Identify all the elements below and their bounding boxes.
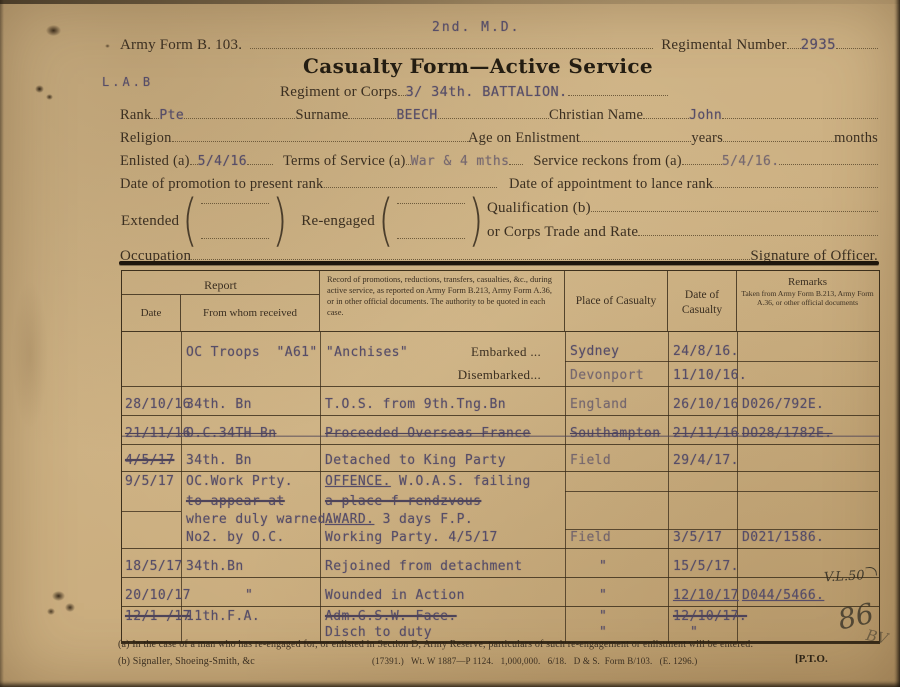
stain — [65, 603, 75, 612]
from-value: to appear at — [186, 494, 285, 509]
smudge — [12, 280, 48, 430]
table-row-offence-3: where duly warned. AWARD. 3 days F.P. — [122, 510, 879, 528]
table-row-offence-2: to appear at a place f rendzvous — [122, 492, 879, 510]
cell-casualty-date: 21/11/16 — [668, 424, 737, 444]
cell-from: O.C.34TH Bn — [181, 424, 320, 444]
age-label: Age on Enlistment — [468, 130, 580, 147]
form-title: Casualty Form—Active Service — [303, 54, 653, 78]
place-value: Field — [570, 530, 611, 545]
cell-record: Proceeded Overseas France — [320, 424, 565, 444]
record-value: Disch to duty — [325, 625, 432, 640]
table-row: 4/5/17 34th. Bn Detached to King Party F… — [122, 445, 879, 472]
dotted-leader — [190, 152, 198, 165]
dotted-leader — [201, 238, 269, 239]
cell-casualty-date: 29/4/17. — [668, 451, 737, 471]
cell-record: Wounded in Action — [320, 586, 565, 606]
scan-edge-bottom — [0, 680, 900, 687]
dotted-leader — [438, 106, 549, 119]
stain — [46, 25, 61, 36]
cell-record: Detached to King Party — [320, 451, 565, 471]
cell-date: 4/5/17 — [122, 451, 181, 471]
cell-from: " — [181, 586, 320, 606]
cell-remarks: D044/5466. — [737, 586, 878, 606]
dotted-leader — [348, 106, 396, 119]
cell-place: " — [565, 557, 668, 577]
header-from-whom: From whom received — [181, 295, 320, 331]
corps-trade-label: or Corps Trade and Rate — [487, 224, 638, 241]
place-value: Devonport — [570, 368, 644, 383]
table-row: 20/10/17 " Wounded in Action " 12/10/17 … — [122, 578, 879, 607]
dotted-leader — [722, 106, 878, 119]
record-value: Detached to King Party — [325, 453, 506, 468]
dotted-leader — [568, 83, 668, 96]
ditto-mark: " — [599, 588, 607, 603]
cell-casualty-date: 24/8/16. — [668, 342, 737, 362]
casualty-form-document: 2nd. M.D. Army Form B. 103. Regimental N… — [0, 0, 900, 687]
extended-block: Extended ( ) Re-engaged ( ) — [121, 194, 487, 248]
dotted-leader — [247, 152, 273, 165]
surname-value: BEECH — [396, 108, 437, 123]
table-row: Disch to duty " " — [122, 623, 879, 643]
religion-label: Religion — [120, 130, 172, 147]
cell-remarks: D026/792E. — [737, 395, 878, 415]
record-value: T.O.S. from 9th.Tng.Bn — [325, 397, 506, 412]
cell-remarks: D021/1586. — [737, 528, 878, 548]
ship-entry: OC Troops "A61" "Anchises" — [186, 345, 408, 360]
close-brace: ) — [468, 199, 483, 244]
reengaged-label: Re-engaged — [301, 213, 375, 230]
cell-from — [181, 641, 320, 643]
cell-date: 21/11/16 — [122, 424, 181, 444]
enlisted-value: 5/4/16 — [198, 154, 247, 169]
open-brace: ( — [378, 199, 393, 244]
promotion-label: Date of promotion to present rank — [120, 176, 324, 193]
stain — [47, 608, 55, 615]
record-offence-word: OFFENCE. — [325, 474, 391, 489]
header-casualty-date: Date of Casualty — [668, 271, 737, 331]
table-row-offence-4: No2. by O.C. Working Party. 4/5/17 Field… — [122, 528, 879, 549]
cell-casualty-date: 11/10/16. — [668, 366, 737, 386]
disembarked-label: Disembarked... — [458, 367, 563, 382]
cell-date: 28/10/16 — [122, 395, 181, 415]
cell-remarks — [737, 469, 878, 471]
casualty-date-value: 15/5/17. — [673, 559, 739, 574]
dotted-leader — [398, 83, 406, 96]
promotion-line: Date of promotion to present rank Date o… — [120, 175, 878, 193]
record-value: a place f rendzvous — [325, 494, 481, 509]
embarked-label: Embarked ... — [471, 344, 541, 360]
header-date: Date — [122, 295, 181, 331]
dotted-leader — [324, 175, 497, 188]
header-report: Report — [122, 271, 320, 295]
dotted-leader — [591, 199, 878, 212]
cell-label: Disembarked... — [181, 366, 565, 386]
cell-remarks — [737, 575, 878, 577]
cell-from: where duly warned. — [181, 510, 320, 530]
dotted-leader — [250, 36, 653, 49]
reckons-value: 5/4/16. — [722, 154, 780, 169]
dotted-leader — [509, 152, 523, 165]
stain — [105, 44, 110, 48]
cell-date: 9/5/17 — [122, 472, 181, 492]
dotted-leader — [787, 36, 801, 49]
scan-edge-right — [894, 0, 900, 687]
cell-record: AWARD. 3 days F.P. — [320, 510, 565, 530]
dotted-leader — [682, 152, 722, 165]
dotted-leader — [397, 238, 465, 239]
cell-date — [122, 641, 181, 643]
header-remarks-sub: Taken from Army Form B.213, Army Form A.… — [737, 289, 878, 308]
record-value: Proceeded Overseas France — [325, 426, 531, 441]
ditto-mark: " — [599, 559, 607, 574]
ditto-mark: " — [690, 625, 698, 640]
cell-record: a place f rendzvous — [320, 492, 565, 512]
header-remarks-title: Remarks — [737, 276, 878, 288]
cell-place: " — [565, 586, 668, 606]
close-brace: ) — [273, 199, 288, 244]
casualty-date-value: 12/10/17. — [673, 609, 747, 624]
from-value: OC.Work Prty. — [186, 474, 293, 489]
cell-casualty-date: 15/5/17. — [668, 557, 737, 577]
record-value: Adm.G.S.W. Face. — [325, 609, 457, 624]
cell-record: OFFENCE. W.O.A.S. failing — [320, 472, 565, 492]
cell-date: 18/5/17 — [122, 557, 181, 577]
cell-from: 34th. Bn — [181, 451, 320, 471]
cell-remarks — [737, 384, 878, 386]
regiment-line: Regiment or Corps 3/ 34th. BATTALION. — [280, 83, 668, 101]
district-stamp: 2nd. M.D. — [432, 20, 520, 35]
christian-name-label: Christian Name — [549, 107, 643, 124]
table-row: 18/5/17 34th.Bn Rejoined from detachment… — [122, 549, 879, 578]
cell-casualty-date: 12/10/17 — [668, 586, 737, 606]
from-value: No2. by O.C. — [186, 530, 285, 545]
cell-remarks — [737, 641, 878, 643]
reengaged-entry-lines — [397, 203, 465, 239]
regiment-value: 3/ 34th. BATTALION. — [406, 84, 568, 100]
table-body: OC Troops "A61" "Anchises" Embarked ... … — [122, 332, 879, 643]
religion-line: Religion Age on Enlistment years months — [120, 129, 878, 147]
record-value: Rejoined from detachment — [325, 559, 522, 574]
place-value: Southampton — [570, 426, 661, 441]
pto-label: [P.T.O. — [795, 653, 828, 665]
from-value: 11th.F.A. — [186, 609, 260, 624]
date-value: 4/5/17 — [125, 453, 174, 468]
remarks-value: DO28/1782E. — [742, 426, 833, 441]
ditto-mark: " — [599, 609, 607, 624]
dotted-leader — [191, 247, 750, 260]
stain — [52, 591, 65, 601]
terms-label: Terms of Service (a) — [283, 153, 406, 170]
heavy-rule — [119, 261, 879, 265]
cell-from: 34th. Bn — [181, 395, 320, 415]
remarks-value: D026/792E. — [742, 397, 824, 412]
table-header: Report Date From whom received Record of… — [122, 271, 879, 332]
header-remarks: Remarks Taken from Army Form B.213, Army… — [737, 271, 878, 331]
extended-label: Extended — [121, 213, 179, 230]
form-number-line: Army Form B. 103. Regimental Number 2935 — [120, 36, 878, 54]
from-value: where duly warned. — [186, 512, 334, 527]
casualty-date-value: 3/5/17 — [673, 530, 722, 545]
surname-label: Surname — [295, 107, 348, 124]
cell-place: England — [565, 395, 668, 415]
stain — [46, 94, 53, 100]
casualty-date-value: 29/4/17. — [673, 453, 739, 468]
remarks-value: D021/1586. — [742, 530, 824, 545]
remarks-value: D044/5466. — [742, 588, 824, 603]
cell-casualty-date: " — [668, 623, 737, 643]
form-title-wrap: Casualty Form—Active Service — [28, 54, 900, 78]
dotted-leader — [397, 203, 465, 204]
cell-place: Southampton — [565, 424, 668, 444]
date-value: 9/5/17 — [125, 474, 174, 489]
cell-from: No2. by O.C. — [181, 528, 320, 548]
casualty-date-value: 11/10/16. — [673, 368, 747, 383]
record-value: Working Party. 4/5/17 — [325, 530, 498, 545]
dotted-leader — [643, 106, 689, 119]
dotted-leader — [201, 203, 269, 204]
dotted-leader — [723, 129, 834, 142]
table-row-offence-1: 9/5/17 OC.Work Prty. OFFENCE. W.O.A.S. f… — [122, 472, 879, 492]
rank-label: Rank — [120, 107, 151, 124]
record-value: Wounded in Action — [325, 588, 465, 603]
header-record: Record of promotions, reductions, transf… — [320, 271, 565, 331]
corps-trade-line: or Corps Trade and Rate — [487, 223, 878, 241]
dotted-leader — [172, 129, 468, 142]
cell-from: 34th.Bn — [181, 557, 320, 577]
dotted-leader — [713, 175, 878, 188]
record-value: 3 days F.P. — [374, 512, 473, 527]
cell-date: 20/10/17 — [122, 586, 181, 606]
ditto-mark: " — [245, 588, 253, 603]
casualty-date-value: 12/10/17 — [673, 588, 739, 603]
cell-casualty-date: 26/10/16 — [668, 395, 737, 415]
regimental-number-label: Regimental Number — [661, 37, 786, 54]
dotted-leader — [836, 36, 878, 49]
scan-edge-left — [0, 0, 4, 687]
cell-casualty-date: 3/5/17 — [668, 528, 737, 548]
casualty-date-value: 26/10/16 — [673, 397, 739, 412]
corner-stamp: L.A.B — [102, 75, 153, 89]
cell-ship: OC Troops "A61" "Anchises" Embarked ... — [181, 344, 565, 362]
terms-value: War & 4 mths — [411, 154, 510, 169]
from-value: 34th. Bn — [186, 397, 252, 412]
cell-place: Devonport — [565, 366, 668, 386]
place-value: Sydney — [570, 344, 619, 359]
table-row-embarked: OC Troops "A61" "Anchises" Embarked ... … — [122, 332, 879, 362]
table-row-struck: 21/11/16 O.C.34TH Bn Proceeded Overseas … — [122, 416, 879, 445]
cell-record: Working Party. 4/5/17 — [320, 528, 565, 548]
dotted-leader — [580, 129, 691, 142]
place-value: Field — [570, 453, 611, 468]
casualty-date-value: 24/8/16. — [673, 344, 739, 359]
cell-from: to appear at — [181, 492, 320, 512]
months-label: months — [834, 130, 878, 147]
record-value: W.O.A.S. failing — [391, 474, 531, 489]
cell-record: T.O.S. from 9th.Tng.Bn — [320, 395, 565, 415]
table-row: 12/1 /17 11th.F.A. Adm.G.S.W. Face. " 12… — [122, 607, 879, 623]
qualification-line: Qualification (b) — [487, 199, 878, 217]
cell-place: Field — [565, 451, 668, 471]
qualification-label: Qualification (b) — [487, 200, 591, 217]
regimental-number-value: 2935 — [801, 37, 836, 53]
place-value: England — [570, 397, 628, 412]
cell-record: Disch to duty — [320, 623, 565, 643]
record-award-word: AWARD. — [325, 512, 374, 527]
casualty-date-value: 21/11/16 — [673, 426, 739, 441]
dotted-leader — [184, 106, 295, 119]
reckons-label: Service reckons from (a) — [533, 153, 682, 170]
cell-place: Field — [565, 528, 668, 548]
extended-entry-lines — [201, 203, 269, 239]
enlisted-line: Enlisted (a) 5/4/16 Terms of Service (a)… — [120, 152, 878, 170]
form-name: Army Form B. 103. — [120, 37, 242, 54]
dotted-leader — [638, 223, 878, 236]
header-place: Place of Casualty — [565, 271, 668, 331]
rank-value: Pte — [159, 108, 184, 123]
stain — [35, 85, 44, 93]
enlisted-label: Enlisted (a) — [120, 153, 190, 170]
from-value: 34th. Bn — [186, 453, 252, 468]
ditto-mark: " — [599, 625, 607, 640]
rank-line: Rank Pte Surname BEECH Christian Name Jo… — [120, 106, 878, 124]
cell-record: Rejoined from detachment — [320, 557, 565, 577]
print-line: (17391.) Wt. W 1887—P 1124. 1,000,000. 6… — [372, 656, 697, 666]
table-row-disembarked: Disembarked... Devonport 11/10/16. — [122, 362, 879, 387]
cell-remarks: DO28/1782E. — [737, 424, 878, 444]
table-row: 28/10/16 34th. Bn T.O.S. from 9th.Tng.Bn… — [122, 387, 879, 416]
years-label: years — [691, 130, 723, 147]
date-value: 18/5/17 — [125, 559, 183, 574]
cell-date — [122, 546, 181, 548]
cell-from: OC.Work Prty. — [181, 472, 320, 492]
dotted-leader — [779, 152, 878, 165]
from-value: O.C.34TH Bn — [186, 426, 277, 441]
lance-label: Date of appointment to lance rank — [509, 176, 713, 193]
casualty-table: Report Date From whom received Record of… — [121, 270, 880, 644]
open-brace: ( — [183, 199, 198, 244]
christian-name-value: John — [689, 108, 722, 123]
cell-place: " — [565, 623, 668, 643]
scan-edge-top — [0, 0, 900, 4]
from-value: 34th.Bn — [186, 559, 244, 574]
cell-place: Sydney — [565, 342, 668, 362]
regiment-label: Regiment or Corps — [280, 84, 398, 101]
footnote-b: (b) Signaller, Shoeing-Smith, &c — [118, 656, 255, 667]
cell-date — [122, 384, 181, 386]
